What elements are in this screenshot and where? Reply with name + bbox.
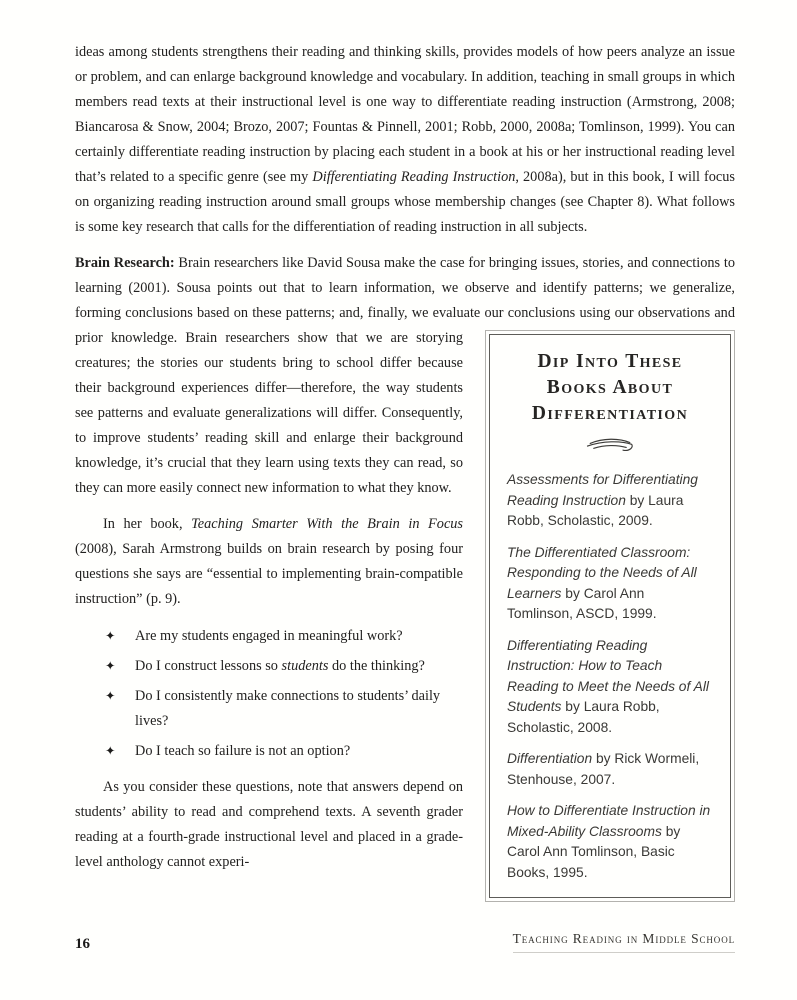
page-footer: 16 Teaching Reading in Middle School [75, 931, 735, 953]
body-text-column: ideas among students strengthens their r… [75, 40, 735, 916]
book-list-item: The Differentiated Classroom: Responding… [507, 543, 713, 625]
four-pointed-star-bullet-icon: ✦ [105, 683, 135, 708]
running-title: Teaching Reading in Middle School [513, 931, 735, 953]
book-list-item: Differentiating Reading Instruction: How… [507, 636, 713, 739]
sidebar-title-line: Dip Into These [507, 349, 713, 375]
bullet-text: Are my students engaged in meaningful wo… [135, 628, 403, 644]
sidebar-books-box: Dip Into These Books About Differentiati… [485, 330, 735, 902]
book-list-item: Assessments for Differentiating Reading … [507, 470, 713, 532]
four-pointed-star-bullet-icon: ✦ [105, 653, 135, 678]
paragraph-intro: ideas among students strengthens their r… [75, 40, 735, 240]
four-pointed-star-bullet-icon: ✦ [105, 738, 135, 763]
sidebar-title-line: Books About [507, 375, 713, 401]
bullet-text: Do I construct lessons so students do th… [135, 658, 425, 674]
book-page-scan: ideas among students strengthens their r… [0, 0, 797, 1000]
book-list-item: Differentiation by Rick Wormeli, Stenhou… [507, 749, 713, 790]
book-list-item: How to Differentiate Instruction in Mixe… [507, 801, 713, 883]
paragraph-brain-research: Brain Research: Brain researchers like D… [75, 251, 735, 501]
sidebar-title: Dip Into These Books About Differentiati… [507, 349, 713, 427]
four-pointed-star-bullet-icon: ✦ [105, 623, 135, 648]
swash-ornament-icon [507, 434, 713, 460]
bullet-text: Do I teach so failure is not an option? [135, 743, 350, 759]
page-number: 16 [75, 936, 90, 953]
bullet-text: Do I consistently make connections to st… [135, 688, 440, 729]
sidebar-title-line: Differentiation [507, 401, 713, 427]
sidebar-box-inner: Dip Into These Books About Differentiati… [489, 334, 731, 898]
